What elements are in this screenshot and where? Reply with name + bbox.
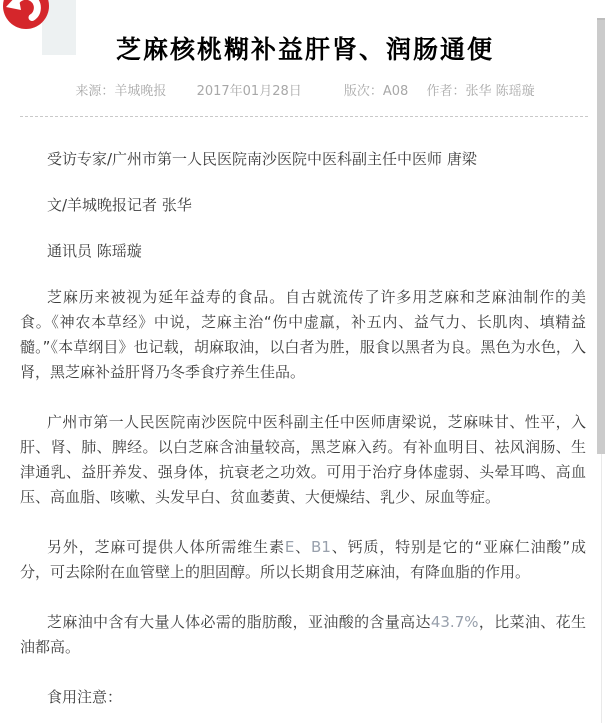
- article-meta: 来源：羊城晚报 2017年01月28日 版次：A08 作者：张华 陈瑶璇: [0, 80, 610, 99]
- article-title: 芝麻核桃糊补益肝肾、润肠通便: [40, 34, 570, 66]
- paragraph-text: 、: [294, 538, 311, 556]
- scrollbar-track[interactable]: [601, 452, 602, 723]
- article-paragraph: 广州市第一人民医院南沙医院中医科副主任中医师唐梁说，芝麻味甘、性平，入肝、肾、肺…: [20, 410, 586, 510]
- paragraph-text: 食用注意：: [47, 688, 122, 706]
- scrollbar-thumb[interactable]: [597, 18, 605, 454]
- paragraph-text: 芝麻油中含有大量人体必需的脂肪酸，亚油酸的含量高达: [47, 613, 431, 631]
- article-body: 受访专家/广州市第一人民医院南沙医院中医科副主任中医师 唐梁文/羊城晚报记者 张…: [20, 147, 586, 710]
- meta-author: 作者：张华 陈瑶璇: [426, 84, 534, 99]
- undo-back-arrow-icon: [3, 0, 49, 29]
- header-divider: [20, 116, 588, 117]
- latin-text: E: [285, 538, 294, 556]
- back-logo-button[interactable]: [3, 0, 49, 29]
- article-paragraph: 食用注意：: [20, 685, 586, 710]
- meta-edition: 版次：A08: [344, 84, 408, 99]
- byline-line: 受访专家/广州市第一人民医院南沙医院中医科副主任中医师 唐梁: [20, 147, 586, 172]
- article-paragraph: 芝麻油中含有大量人体必需的脂肪酸，亚油酸的含量高达43.7%，比菜油、花生油都高…: [20, 610, 586, 660]
- paragraph-text: 广州市第一人民医院南沙医院中医科副主任中医师唐梁说，芝麻味甘、性平，入肝、肾、肺…: [20, 413, 586, 506]
- byline-line: 文/羊城晚报记者 张华: [20, 193, 586, 218]
- byline-group: 受访专家/广州市第一人民医院南沙医院中医科副主任中医师 唐梁文/羊城晚报记者 张…: [20, 147, 586, 264]
- article-paragraph: 芝麻历来被视为延年益寿的食品。自古就流传了许多用芝麻和芝麻油制作的美食。《神农本…: [20, 285, 586, 385]
- byline-line: 通讯员 陈瑶璇: [20, 239, 586, 264]
- latin-text: B1: [311, 538, 331, 556]
- paragraph-text: 另外，芝麻可提供人体所需维生素: [47, 538, 285, 556]
- meta-date: 2017年01月28日: [197, 84, 302, 99]
- article-paragraph: 另外，芝麻可提供人体所需维生素E、B1、钙质，特别是它的“亚麻仁油酸”成分，可去…: [20, 535, 586, 585]
- meta-source: 来源：羊城晚报: [75, 84, 166, 99]
- paragraph-text: 芝麻历来被视为延年益寿的食品。自古就流传了许多用芝麻和芝麻油制作的美食。《神农本…: [20, 288, 586, 381]
- latin-text: 43.7%: [431, 613, 479, 631]
- article-page: 芝麻核桃糊补益肝肾、润肠通便 来源：羊城晚报 2017年01月28日 版次：A0…: [0, 0, 610, 723]
